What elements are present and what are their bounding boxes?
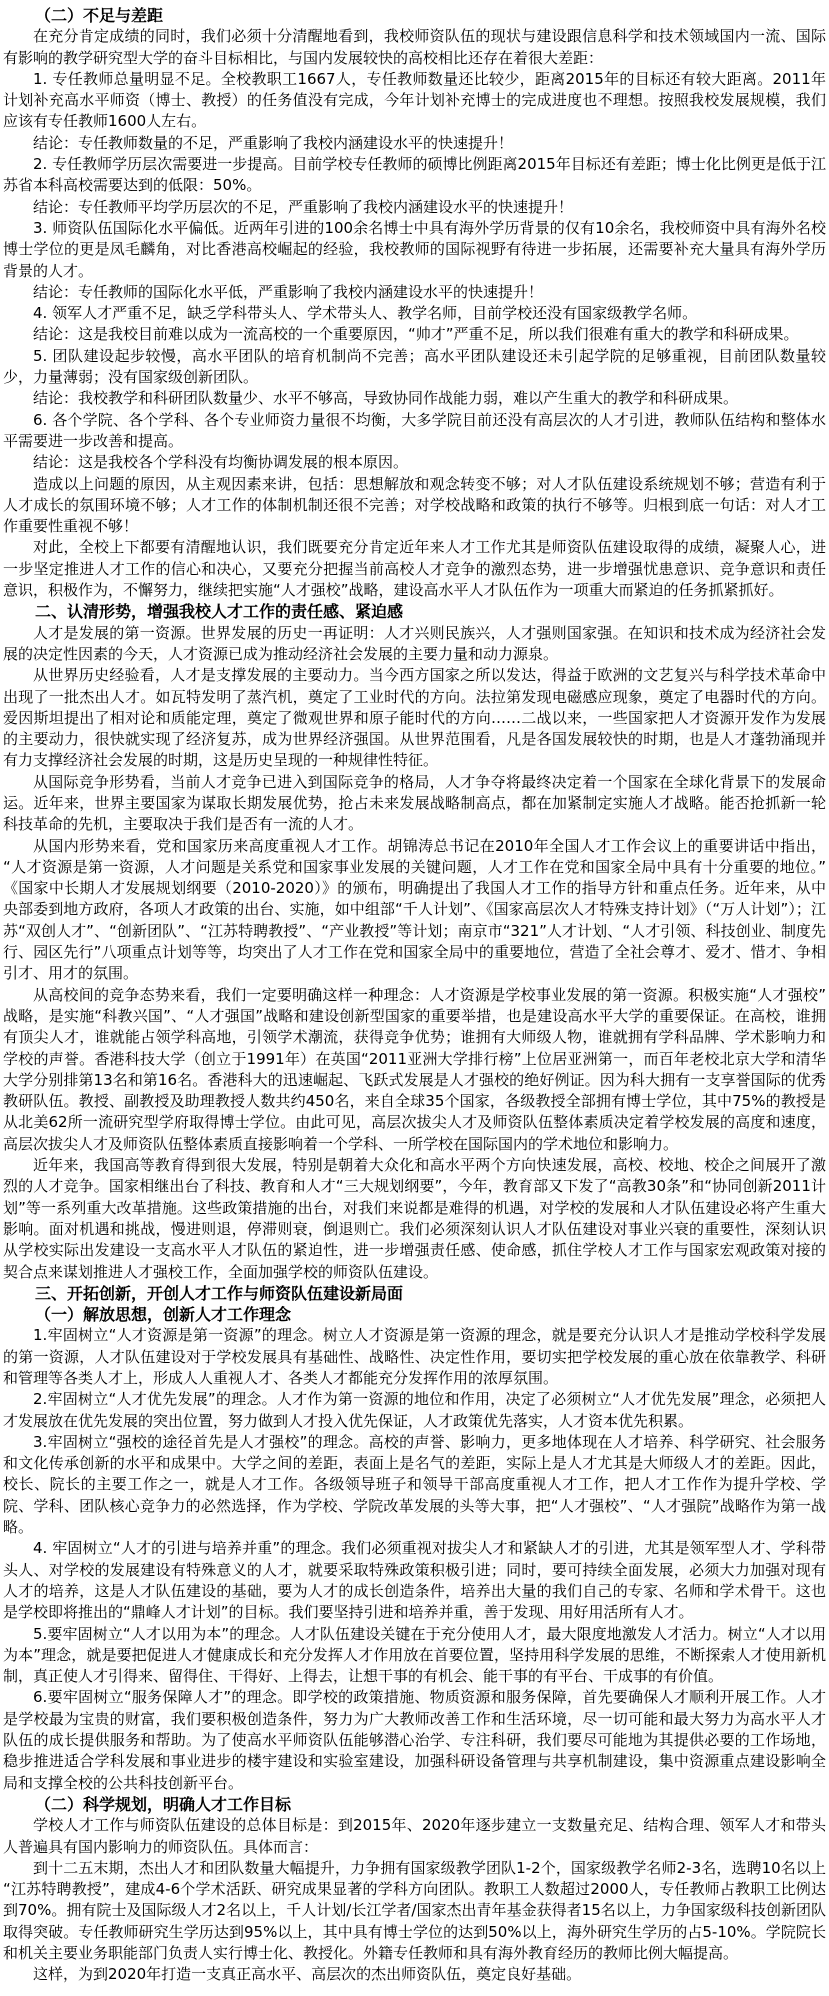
paragraph: 近年来，我国高等教育得到很大发展，特别是朝着大众化和高水平两个方向快速发展，高校…: [3, 1155, 826, 1283]
paragraph: 从国际竞争形势看，当前人才竞争已进入到国际竞争的格局，人才争夺将最终决定着一个国…: [3, 772, 826, 836]
paragraph: 结论：这是我校目前难以成为一流高校的一个重要原因，“帅才”严重不足，所以我们很难…: [3, 324, 826, 345]
paragraph: 4. 牢固树立“人才的引进与培养并重”的理念。我们必须重视对拔尖人才和紧缺人才的…: [3, 1538, 826, 1623]
paragraph: 人才是发展的第一资源。世界发展的历史一再证明：人才兴则民族兴，人才强则国家强。在…: [3, 623, 826, 666]
paragraph: 6. 各个学院、各个学科、各个专业师资力量很不均衡，大多学院目前还没有高层次的人…: [3, 410, 826, 453]
paragraph: 2. 专任教师学历层次需要进一步提高。目前学校专任教师的硕博比例距离2015年目…: [3, 154, 826, 197]
section-heading: 二、认清形势，增强我校人才工作的责任感、紧迫感: [3, 601, 826, 622]
paragraph: 结论：专任教师的国际化水平低，严重影响了我校内涵建设水平的快速提升！: [3, 282, 826, 303]
paragraph: 在充分肯定成绩的同时，我们必须十分清醒地看到，我校师资队伍的现状与建设跟信息科学…: [3, 26, 826, 69]
document-body: （二）不足与差距在充分肯定成绩的同时，我们必须十分清醒地看到，我校师资队伍的现状…: [3, 5, 826, 1986]
paragraph: 结论：专任教师平均学历层次的不足，严重影响了我校内涵建设水平的快速提升！: [3, 197, 826, 218]
paragraph: 2.牢固树立“人才优先发展”的理念。人才作为第一资源的地位和作用，决定了必须树立…: [3, 1389, 826, 1432]
paragraph: 6.要牢固树立“服务保障人才”的理念。即学校的政策措施、物质资源和服务保障，首先…: [3, 1687, 826, 1793]
section-heading: 三、开拓创新，开创人才工作与师资队伍建设新局面: [3, 1283, 826, 1304]
paragraph: 从世界历史经验看，人才是支撑发展的主要动力。当今西方国家之所以发达，得益于欧洲的…: [3, 665, 826, 771]
paragraph: 学校人才工作与师资队伍建设的总体目标是：到2015年、2020年逐步建立一支数量…: [3, 1815, 826, 1858]
paragraph: 4. 领军人才严重不足，缺乏学科带头人、学术带头人、教学名师，目前学校还没有国家…: [3, 303, 826, 324]
paragraph: 3. 师资队伍国际化水平偏低。近两年引进的100余名博士中具有海外学历背景的仅有…: [3, 218, 826, 282]
paragraph: 1.牢固树立“人才资源是第一资源”的理念。树立人才资源是第一资源的理念，就是要充…: [3, 1325, 826, 1389]
paragraph: 对此，全校上下都要有清醒地认识，我们既要充分肯定近年来人才工作尤其是师资队伍建设…: [3, 537, 826, 601]
paragraph: 5. 团队建设起步较慢，高水平团队的培育机制尚不完善；高水平团队建设还未引起学院…: [3, 346, 826, 389]
paragraph: 这样，为到2020年打造一支真正高水平、高层次的杰出师资队伍，奠定良好基础。: [3, 1964, 826, 1985]
section-heading: （二）科学规划，明确人才工作目标: [3, 1794, 826, 1815]
paragraph: 从国内形势来看，党和国家历来高度重视人才工作。胡锦涛总书记在2010年全国人才工…: [3, 836, 826, 985]
paragraph: 到十二五末期，杰出人才和团队数量大幅提升，力争拥有国家级教学团队1-2个，国家级…: [3, 1858, 826, 1964]
paragraph: 从高校间的竞争态势来看，我们一定要明确这样一种理念：人才资源是学校事业发展的第一…: [3, 985, 826, 1155]
paragraph: 1. 专任教师总量明显不足。全校教职工1667人，专任教师数量还比较少，距离20…: [3, 69, 826, 133]
paragraph: 结论：专任教师数量的不足，严重影响了我校内涵建设水平的快速提升！: [3, 133, 826, 154]
paragraph: 3.牢固树立“强校的途径首先是人才强校”的理念。高校的声誉、影响力，更多地体现在…: [3, 1432, 826, 1538]
section-heading: （二）不足与差距: [3, 5, 826, 26]
paragraph: 结论：我校教学和科研团队数量少、水平不够高，导致协同作战能力弱，难以产生重大的教…: [3, 388, 826, 409]
section-heading: （一）解放思想，创新人才工作理念: [3, 1304, 826, 1325]
document-page: （二）不足与差距在充分肯定成绩的同时，我们必须十分清醒地看到，我校师资队伍的现状…: [0, 0, 829, 1996]
paragraph: 5.要牢固树立“人才以用为本”的理念。人才队伍建设关键在于充分使用人才，最大限度…: [3, 1624, 826, 1688]
paragraph: 造成以上问题的原因，从主观因素来讲，包括：思想解放和观念转变不够；对人才队伍建设…: [3, 474, 826, 538]
paragraph: 结论：这是我校各个学科没有均衡协调发展的根本原因。: [3, 452, 826, 473]
